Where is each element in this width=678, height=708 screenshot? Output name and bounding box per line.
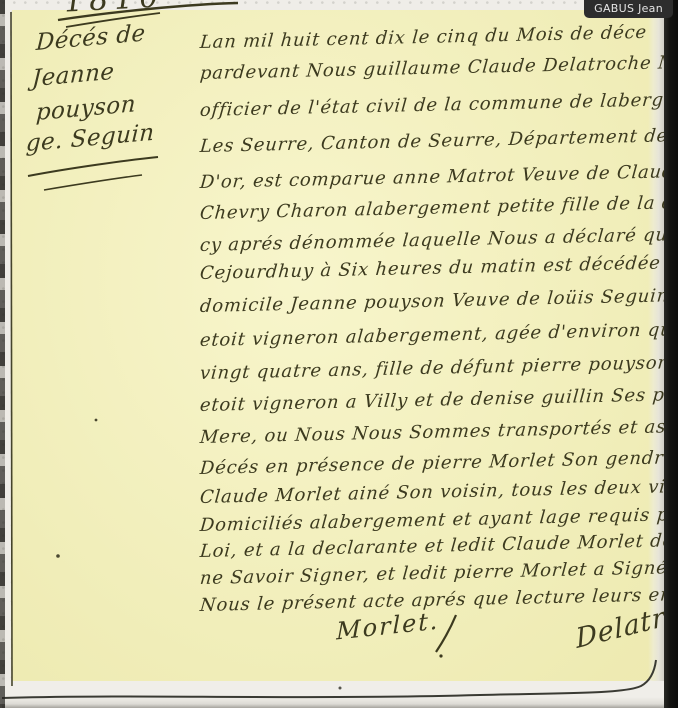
scan-left-binding: [0, 0, 5, 708]
registry-scan-viewer: 1810 Décés de Jeanne pouyson ge. Seguin …: [0, 0, 678, 708]
user-watermark: GABUS Jean: [584, 0, 673, 18]
scan-bottom-margin: [2, 681, 666, 708]
scan-black-edge: [664, 0, 678, 708]
